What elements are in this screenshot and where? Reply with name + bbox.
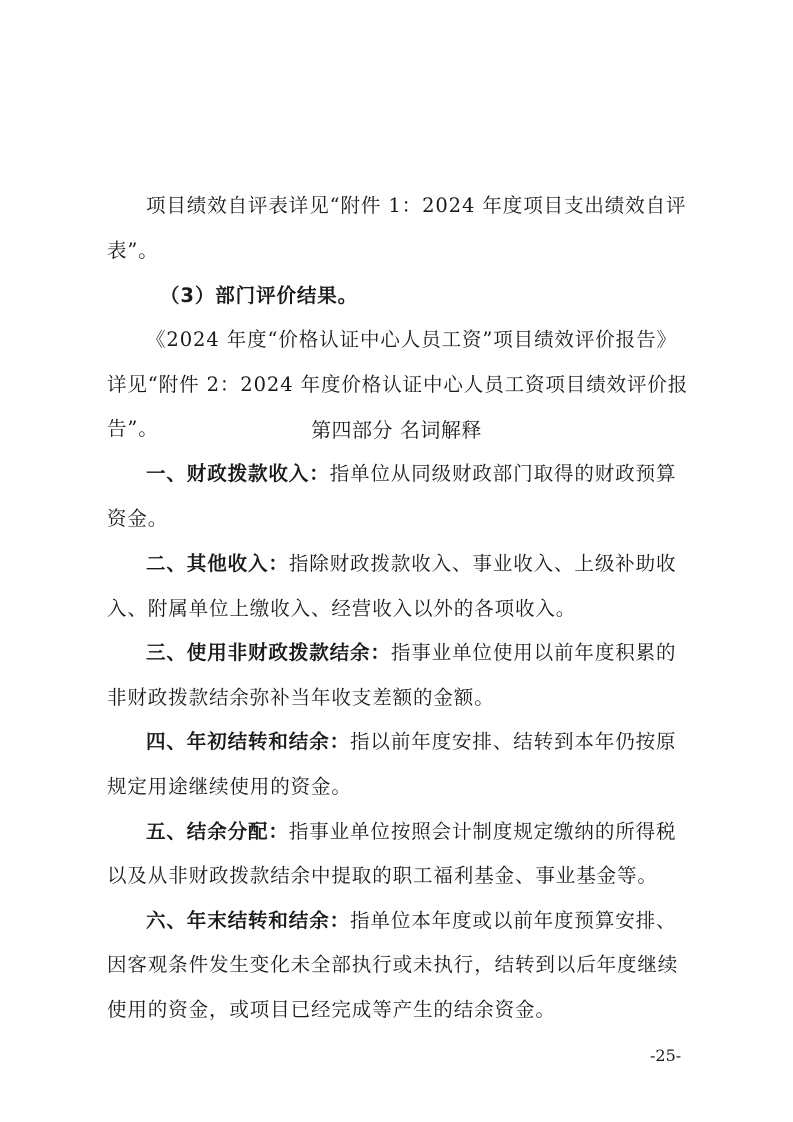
definition-5-line2: 以及从非财政拨款结余中提取的职工福利基金、事业基金等。 bbox=[107, 863, 697, 889]
paragraph-attachment1-line2: 表”。 bbox=[107, 238, 697, 264]
definition-text: 指事业单位使用以前年度积累的 bbox=[391, 641, 677, 664]
definition-6-line2: 因客观条件发生变化未全部执行或未执行，结转到以后年度继续 bbox=[107, 952, 697, 978]
definition-term: 三、使用非财政拨款结余： bbox=[146, 641, 391, 664]
definition-2-line1: 二、其他收入：指除财政拨款收入、事业收入、上级补助收 bbox=[146, 551, 736, 577]
definition-term: 二、其他收入： bbox=[146, 552, 289, 575]
definition-4-line1: 四、年初结转和结余：指以前年度安排、结转到本年仍按原 bbox=[146, 729, 736, 755]
definition-text: 指除财政拨款收入、事业收入、上级补助收 bbox=[289, 552, 677, 575]
paragraph-attachment2-line1: 《2024 年度“价格认证中心人员工资”项目绩效评价报告》 bbox=[146, 327, 736, 353]
paragraph-attachment2-line2: 详见“附件 2：2024 年度价格认证中心人员工资项目绩效评价报 bbox=[107, 372, 697, 398]
definition-text: 指单位本年度或以前年度预算安排、 bbox=[350, 909, 676, 932]
definition-term: 五、结余分配： bbox=[146, 820, 289, 843]
definition-2-line2: 入、附属单位上缴收入、经营收入以外的各项收入。 bbox=[107, 596, 697, 622]
definition-text: 指单位从同级财政部门取得的财政预算 bbox=[330, 462, 677, 485]
definition-term: 六、年末结转和结余： bbox=[146, 909, 350, 932]
definition-3-line2: 非财政拨款结余弥补当年收支差额的金额。 bbox=[107, 685, 697, 711]
page-number: -25- bbox=[650, 1046, 681, 1065]
definition-1-line2: 资金。 bbox=[107, 506, 697, 532]
definition-6-line3: 使用的资金，或项目已经完成等产生的结余资金。 bbox=[107, 997, 697, 1023]
definition-5-line1: 五、结余分配：指事业单位按照会计制度规定缴纳的所得税 bbox=[146, 819, 736, 845]
paragraph-attachment1-line1: 项目绩效自评表详见“附件 1：2024 年度项目支出绩效自评 bbox=[146, 193, 736, 219]
definition-term: 四、年初结转和结余： bbox=[146, 730, 350, 753]
subheading-department-evaluation: （3）部门评价结果。 bbox=[160, 283, 750, 309]
definition-6-line1: 六、年末结转和结余：指单位本年度或以前年度预算安排、 bbox=[146, 908, 736, 934]
document-page: 项目绩效自评表详见“附件 1：2024 年度项目支出绩效自评 表”。 （3）部门… bbox=[0, 0, 793, 1122]
definition-1-line1: 一、财政拨款收入：指单位从同级财政部门取得的财政预算 bbox=[146, 461, 736, 487]
definition-text: 指以前年度安排、结转到本年仍按原 bbox=[350, 730, 676, 753]
definition-4-line2: 规定用途继续使用的资金。 bbox=[107, 774, 697, 800]
definition-3-line1: 三、使用非财政拨款结余：指事业单位使用以前年度积累的 bbox=[146, 640, 736, 666]
part-heading: 第四部分 名词解释 bbox=[0, 417, 793, 443]
definition-text: 指事业单位按照会计制度规定缴纳的所得税 bbox=[289, 820, 677, 843]
definition-term: 一、财政拨款收入： bbox=[146, 462, 330, 485]
